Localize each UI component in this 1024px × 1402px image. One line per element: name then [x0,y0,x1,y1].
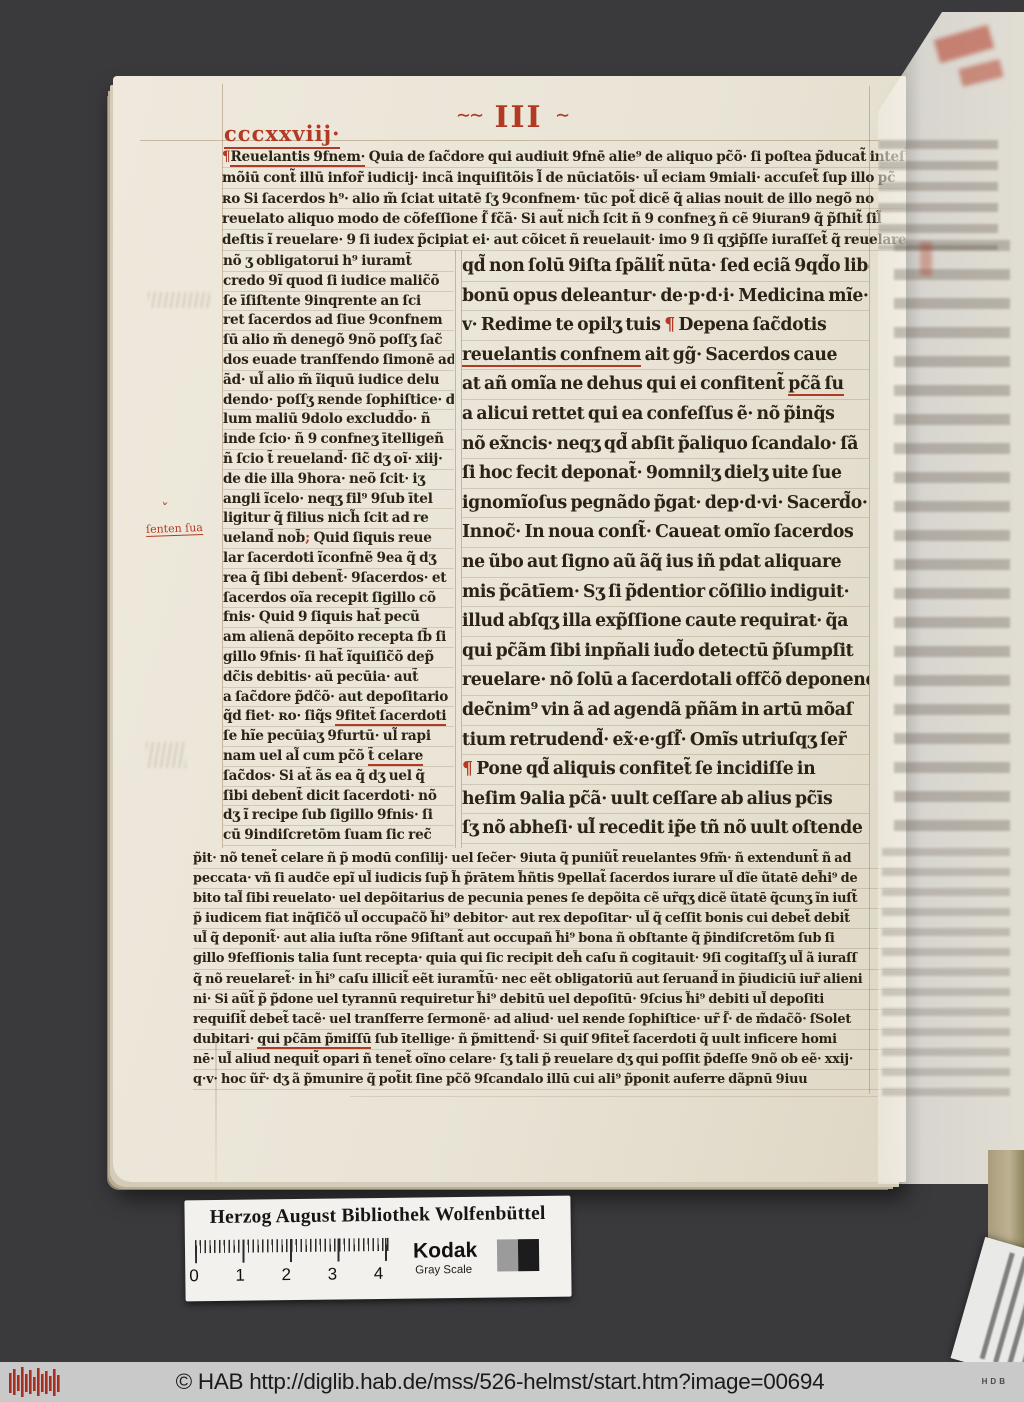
red-underlined-text: reuelantis confnem [462,345,641,367]
manuscript-text-line: reuelantis confnem ait gg̃· Sacerdos cau… [462,341,869,371]
bleedthrough-text [882,848,1010,1098]
manuscript-text-line: gillo 9fnis· ſi hat̃ ĩquiſic̃õ dep̃ [223,648,454,668]
manuscript-text-line: ni· Si aũt̃ p̃ p̃done uel tyrannū requir… [193,990,906,1010]
manuscript-text-line: ueland̃ nob̃; Quid ſiquis reue [223,529,454,549]
manuscript-text-line: rea q̃ ſibi debent̃· 9ſacerdos· et [223,569,454,589]
bleedthrough-text [894,240,1010,840]
manuscript-text-line: dec̃nim⁹ vin ã ad agendã pñãm in artū mõ… [462,696,869,726]
manuscript-text-line: q·v· hoc ũr̃· dʒ ã p̃munire q̃ pot̃it ſi… [193,1070,906,1090]
black-patch [518,1239,539,1271]
manuscript-text-line: de die illa 9hora· neõ ſcit· iʒ [223,470,454,490]
manuscript-text-line: reuelare· nõ ſolū a ſacerdotali offc̃õ d… [462,666,869,696]
gray-scale-patches [497,1239,539,1272]
rubric-mark: ¶ [664,315,675,335]
manuscript-text-line: ñ ſcio t̃ reueland̃· ſic̃ dʒ oĩ· xiij· [223,450,454,470]
ruler-number: 2 [281,1265,291,1285]
manuscript-text-line: ¶Reuelantis 9fnem· Quia de ſac̃dore qui … [222,147,907,168]
manuscript-text-line: ſe īſiſtente 9inqrente an ſci [223,292,454,312]
bleedthrough-red-rubric [920,242,932,276]
manuscript-text-line: nõ ʒ obligatorui h⁹ iuramt̃ [223,252,454,272]
ruler-number: 4 [374,1264,384,1284]
manuscript-text-line: deſtis ĩ reuelare· 9 ſi iudex p̃cipiat e… [222,230,907,251]
manuscript-text-line: ʀo Si ſacerdos h⁹· alio m̃ ſciat uitatē … [222,189,907,210]
right-column-text-block: qd̃ non ſolū 9iſta ſpãlit̃ nūta· ſed eci… [462,252,869,844]
manuscript-text-line: ret ſacerdos ad ſiue 9confnem [223,311,454,331]
manuscript-text-line: ãd· ul̃ alio m̃ ĩiquū iudice delu [223,371,454,391]
manuscript-text-line: ne ũbo aut ſigno aũ ãq̃ ius iñ pdat aliq… [462,548,869,578]
ruler-number: 3 [328,1265,338,1285]
manuscript-text-line: illud abſqʒ illa exp̃ſſione caute requir… [462,607,869,637]
gray-scale-label: Gray Scale [415,1264,472,1277]
ruler-number: 0 [189,1266,199,1286]
manuscript-text-line: ſacerdos oĩa recepit ſigillo cõ [223,589,454,609]
manuscript-text-line: Innoc̃· In noua conſt̃· Caueat omĩo ſace… [462,518,869,548]
margin-pencil-marks [146,742,186,768]
manuscript-text-line: v· Redime te opilʒ tuis ¶ Depena ſac̃dot… [462,311,869,341]
manuscript-text-line: ſibi debent̃ dicit ſacerdoti· nõ [223,787,454,807]
ruling-line-bottom [350,1096,878,1097]
manuscript-text-line: reuelato aliquo modo de cõfeſſione ſ̃ fc… [222,209,907,230]
manuscript-text-line: ¶ Pone qd̃ aliquis confitet̃ ſe incidiſſ… [462,755,869,785]
manuscript-text-line: ſʒ nõ abheſi· ul̃ recedit ip̃e tñ nõ uul… [462,814,869,844]
page-number: ∼∼ III ∼ [0,100,1024,135]
ruling-line-column-divider-a [455,250,456,848]
manuscript-text-line: angli ĩcelo· neqʒ fil⁹ 9ſub ītel [223,490,454,510]
flourish-right: ∼ [555,105,568,126]
manuscript-text-line: credo 9ĩ quod ſi iudice malic̃õ [223,272,454,292]
manuscript-text-line: nē· ul̃ aliud nequit̃ opari ñ tenet̃ oĩn… [193,1050,906,1070]
rubric-mark: ¶ [462,759,473,779]
manuscript-text-line: ſac̃dos· Si at̃ ãs ea q̃ dʒ uel q̃ [223,767,454,787]
manuscript-text-line: qd̃ non ſolū 9iſta ſpãlit̃ nūta· ſed eci… [462,252,869,282]
manuscript-text-line: ſi hoc fecit deponat̃· 9omnilʒ dielʒ uit… [462,459,869,489]
ruler-numbers: 01234 [189,1264,383,1286]
red-underlined-text: qui pc̃ām p̃miſſū [257,1032,371,1049]
manuscript-text-line: inde ſcio· ñ 9 confneʒ ītelligeñ [223,430,454,450]
manuscript-text-line: fnis· Quid 9 ſiquis hat̃ pecũ [223,608,454,628]
manuscript-text-line: p̃it· nõ tenet̃ celare ñ p̃ modū conſili… [193,849,906,869]
next-folio-edge [878,12,1024,1184]
manuscript-text-line: dendo· poſſʒ ʀende ſophiſtice· do [223,391,454,411]
manuscript-text-line: am alienã depõito recepta ſb̃ ſi [223,628,454,648]
manuscript-text-line: dʒ ĩ recipe ſub ſigillo 9fnis· ſi [223,806,454,826]
manuscript-text-line: heſim 9alia pc̃ã· uult ceſſare ab alius … [462,785,869,815]
manuscript-text-line: a alicui rettet qui ea confeſſus ẽ· nõ p… [462,400,869,430]
ruler-number: 1 [235,1266,245,1286]
top-text-block: ¶Reuelantis 9fnem· Quia de ſac̃dore qui … [222,147,907,251]
manuscript-text-line: lum maliū 9dolo excludd̃o· ñ [223,410,454,430]
manuscript-text-line: a ſac̃dore p̃dc̃õ· aut depoſitario [223,688,454,708]
manuscript-text-line: dos euade tranſfendo ſimonē ad [223,351,454,371]
kodak-brand-label: Kodak [413,1239,477,1264]
manuscript-text-line: ligitur q̃ filius nich̃ ſcit ad re [223,509,454,529]
manuscript-text-line: at añ omĩa ne dehus qui ei confitent̃ pc… [462,370,869,400]
manuscript-text-line: dubitari· qui pc̃ām p̃miſſū ſub ītellige… [193,1030,906,1050]
manuscript-text-line: q̃ nõ reuelaret̃· in h̃i⁹ caſu illicit̃ … [193,970,906,990]
red-underlined-text: 9fitet̃ ſacerdoti [335,708,446,726]
manuscript-text-line: ſū alio m̃ denegõ 9nõ poſſʒ ſac̃ [223,331,454,351]
manuscript-text-line: nam uel al̃ cum pc̃õ t̃ celare [223,747,454,767]
bottom-text-block: p̃it· nõ tenet̃ celare ñ p̃ modū conſili… [193,849,906,1090]
facing-card-text-blur [980,1252,1024,1374]
margin-ghost-impression [148,292,210,308]
manuscript-text-line: nõ ex̃ncis· neqʒ qd̃ abſit p̃aliquo ſcan… [462,430,869,460]
bleedthrough-text [878,140,998,250]
scan-stage: cccxxviij· ∼∼ III ∼ ¶Reuelantis 9fnem· Q… [0,0,1024,1402]
gray-patch [497,1239,518,1271]
red-underlined-text: Reuelantis 9fnem· [230,149,365,167]
margin-note: ſenten ſua [146,521,203,537]
copyright-caption: © HAB http://diglib.hab.de/mss/526-helms… [0,1362,1000,1402]
manuscript-text-line: mis p̃cātīem· Sʒ ſi p̃dentior cõſilio in… [462,578,869,608]
manuscript-text-line: gillo 9feſſionis talia ſunt recepta· qui… [193,949,906,969]
flourish-left: ∼∼ [456,105,482,126]
ruler-ticks [195,1238,389,1264]
red-underlined-text: pc̃ã ſu [788,374,843,396]
manuscript-text-line: p̃ iudicem fiat inq̃ſic̃õ ul̃ occupac̃õ … [193,909,906,929]
manuscript-text-line: cū 9indiſcretōm ſuam ſic rec̃ [223,826,454,846]
caption-bar: © HAB http://diglib.hab.de/mss/526-helms… [0,1362,1024,1402]
kodak-gray-scale-card: Herzog August Bibliothek Wolfenbüttel 01… [184,1196,571,1302]
manuscript-text-line: mõiū cont̃ illū infor̃ iudicij· incã inq… [222,168,907,189]
corner-code-label: HDB [982,1377,1008,1386]
manuscript-text-line: dc̃is debitis· aũ pecūia· aut̃ [223,668,454,688]
manuscript-text-line: q̃d fiet· ʀo· ſiq̃s 9fitet̃ ſacerdoti [223,707,454,727]
red-underlined-text: t̃ celare [368,748,423,766]
manuscript-text-line: ul̃ q̃ deponit̃· aut alia iuſta rõne 9ſi… [193,929,906,949]
manuscript-text-line: lar ſacerdoti ĩconfnẽ 9ea q̃ dʒ [223,549,454,569]
library-name-label: Herzog August Bibliothek Wolfenbüttel [184,1203,570,1230]
manuscript-text-line: requiſit̃ debet̃ tacẽ· uel tranſferre ſe… [193,1010,906,1030]
manuscript-text-line: tium retrudend̃· ex̃·e·gſſ̃· Omĩs utriuſ… [462,726,869,756]
manuscript-text-line: bonū opus deleantur· de·p·d·i· Medicina … [462,282,869,312]
left-column-text-block: nõ ʒ obligatorui h⁹ iuramt̃credo 9ĩ quod… [223,252,454,846]
manuscript-text-line: peccata· vñ ſi audc̃e epĩ ul̃ iudicis ſu… [193,869,906,889]
page-number-numeral: III [494,100,542,135]
manuscript-text-line: bito tal̃ ſibi reuelato· uel depõitarius… [193,889,906,909]
bleedthrough-red-stamp [958,59,1003,87]
manuscript-text-line: qui pc̃ãm ſibi inpñali iud̃o detectū p̃ſ… [462,637,869,667]
bleedthrough-red-stamp [934,25,994,64]
manuscript-text-line: ignomĩoſus pegnãdo p̃gat· dep·d·vi· Sace… [462,489,869,519]
rubric-mark: ; [305,530,310,546]
manuscript-text-line: ſe hĩe pecūiaʒ 9furtū· ul̃ rapi [223,727,454,747]
